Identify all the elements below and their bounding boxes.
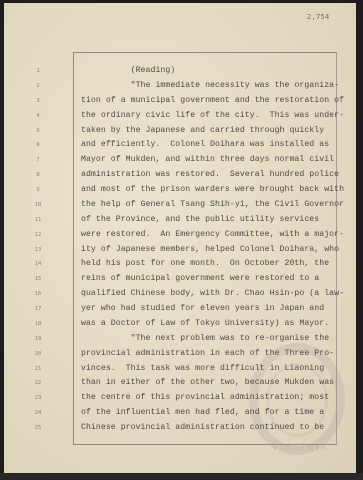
line-number: 5 [30, 128, 46, 134]
line-number: 14 [30, 261, 46, 267]
line-number: 23 [30, 395, 46, 401]
text-line: the ordinary civic life of the city. Thi… [81, 111, 344, 120]
line-number: 22 [30, 380, 46, 386]
line-number: 16 [30, 291, 46, 297]
text-line: Chinese provincial administration contin… [81, 423, 324, 432]
text-line: was a Doctor of Law of Tokyo University)… [81, 319, 329, 328]
text-line: tion of a municipal government and the r… [81, 96, 344, 105]
text-line: the centre of this provincial administra… [81, 393, 329, 402]
line-number: 10 [30, 202, 46, 208]
text-line: provincial administration in each of the… [81, 349, 334, 358]
text-line: of the influential men had fled, and for… [81, 408, 324, 417]
text-line: yer who had studied for eleven years in … [81, 304, 324, 313]
line-number: 11 [30, 217, 46, 223]
line-number: 8 [30, 172, 46, 178]
line-number: 6 [30, 142, 46, 148]
text-line: and efficiently. Colonel Doihara was ins… [81, 140, 329, 149]
line-number: 3 [30, 98, 46, 104]
line-number: 21 [30, 366, 46, 372]
line-number: 7 [30, 157, 46, 163]
line-number: 24 [30, 410, 46, 416]
line-number: 20 [30, 351, 46, 357]
text-line: than in either of the other two, because… [81, 378, 334, 387]
text-line: "The next problem was to re-organise the [81, 334, 329, 343]
line-number: 19 [30, 336, 46, 342]
document-page: 2,754 VIRGINIA 1 (Reading)2 "The immedia… [4, 3, 356, 473]
scan-edge [0, 473, 363, 480]
text-line: "The immediate necessity was the organiz… [81, 81, 339, 90]
line-number: 2 [30, 83, 46, 89]
line-number: 13 [30, 247, 46, 253]
line-number: 1 [30, 68, 46, 74]
text-line: and most of the prison warders were brou… [81, 185, 344, 194]
line-number: 25 [30, 425, 46, 431]
line-number: 12 [30, 232, 46, 238]
text-line: qualified Chinese body, with Dr. Chao Hs… [81, 289, 344, 298]
line-number: 9 [30, 187, 46, 193]
line-number: 15 [30, 276, 46, 282]
text-line: administration was restored. Several hun… [81, 170, 339, 179]
text-line: Mayor of Mukden, and within three days n… [81, 155, 334, 164]
text-line: (Reading) [81, 66, 175, 75]
page-number: 2,754 [307, 13, 330, 21]
text-line: reins of municipal government were resto… [81, 274, 319, 283]
line-number: 17 [30, 306, 46, 312]
line-number: 18 [30, 321, 46, 327]
text-line: held his post for one month. On October … [81, 259, 329, 268]
text-line: of the Province, and the public utility … [81, 215, 319, 224]
seal-text: VIRGINIA [272, 443, 328, 452]
text-line: the help of General Tsang Shih-yi, the C… [81, 200, 344, 209]
text-line: ity of Japanese members, helped Colonel … [81, 245, 339, 254]
text-line: vinces. This task was more difficult in … [81, 364, 324, 373]
line-number: 4 [30, 113, 46, 119]
text-line: were restored. An Emergency Committee, w… [81, 230, 344, 239]
text-line: taken by the Japanese and carried throug… [81, 126, 324, 135]
